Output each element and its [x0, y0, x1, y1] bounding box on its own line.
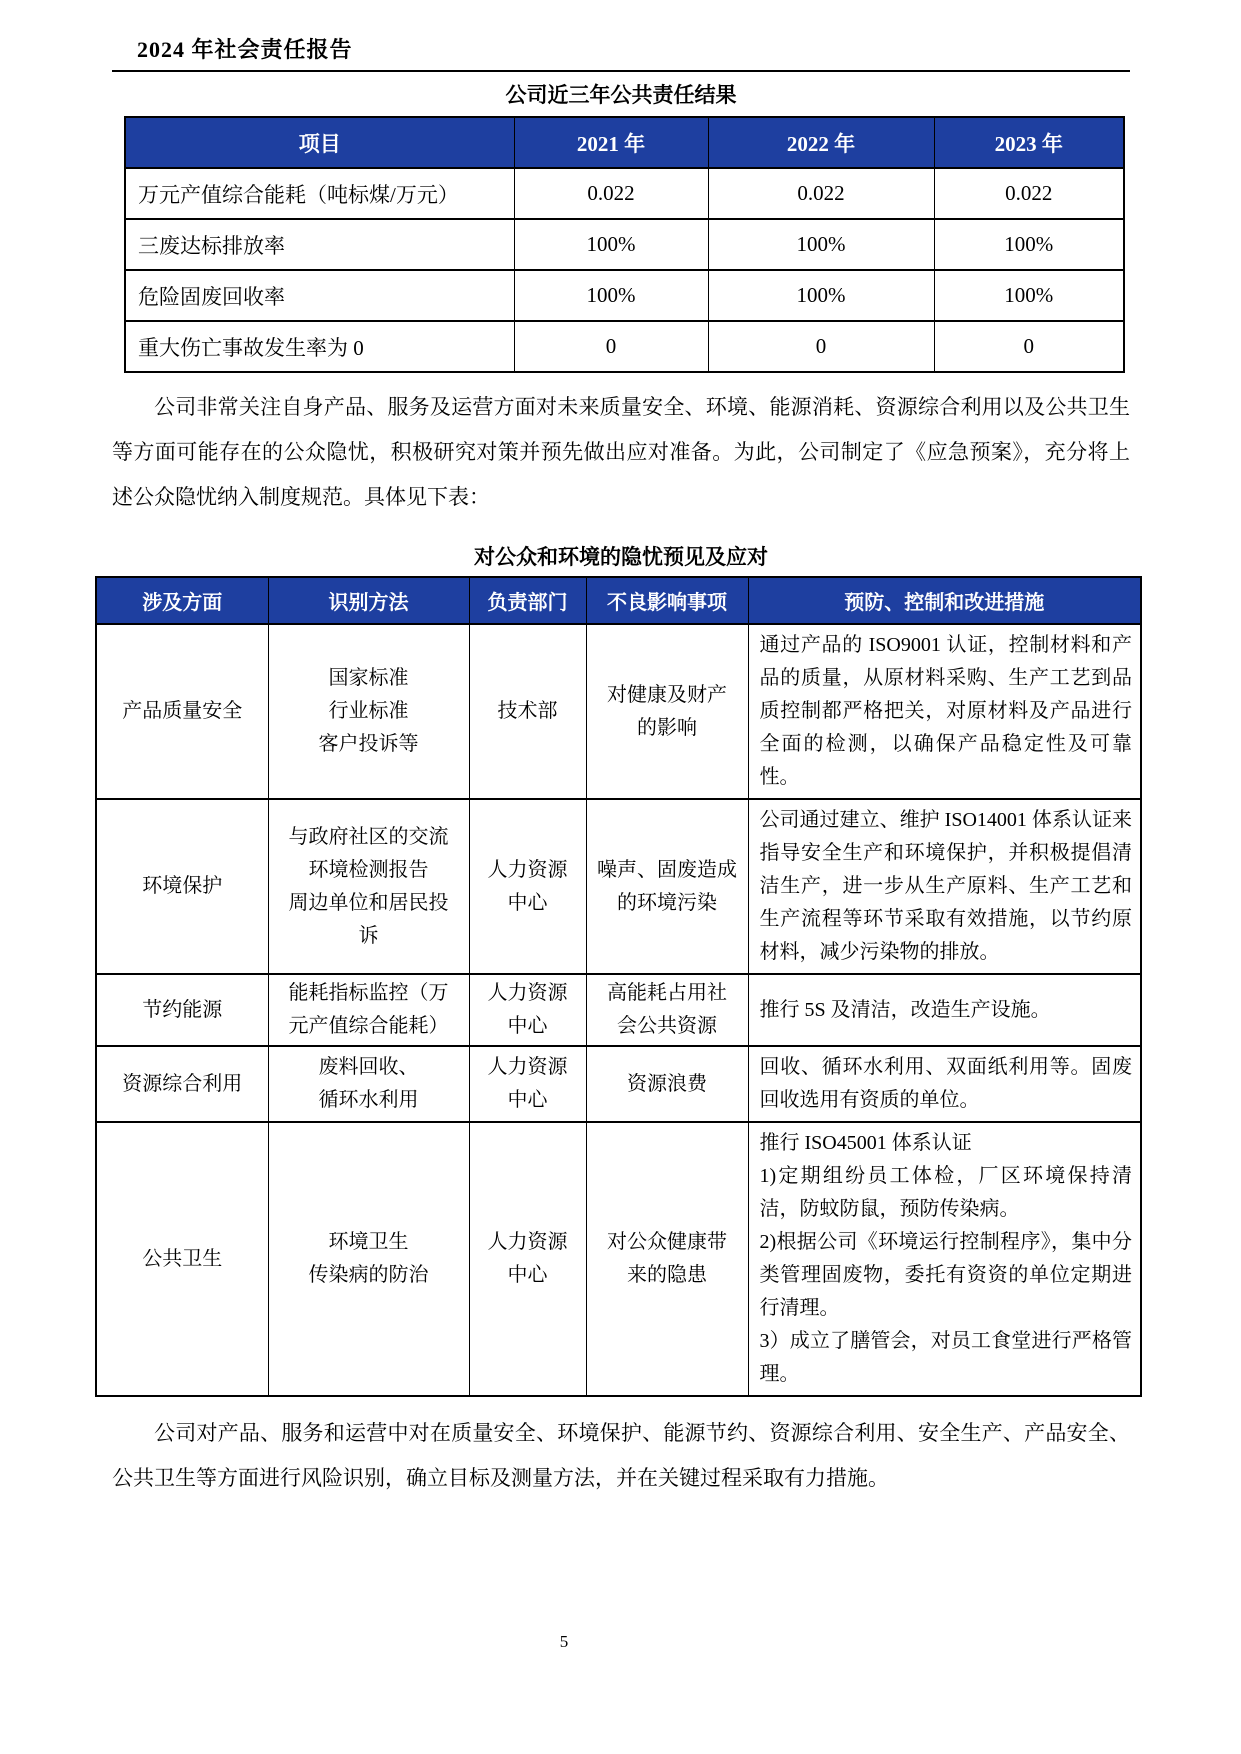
table1-cell: 100% [514, 270, 708, 321]
table1-cell: 0 [708, 321, 934, 372]
table1-row: 三废达标排放率 100% 100% 100% [125, 219, 1124, 270]
table1-cell: 0 [514, 321, 708, 372]
table1-row: 重大伤亡事故发生率为 0 0 0 0 [125, 321, 1124, 372]
table2-row-product-quality: 产品质量安全 国家标准 行业标准 客户投诉等 技术部 对健康及财产 的影响 通过… [96, 624, 1141, 799]
table2-cell-method: 能耗指标监控（万 元产值综合能耗） [268, 974, 469, 1046]
table2-row-energy-saving: 节约能源 能耗指标监控（万 元产值综合能耗） 人力资源 中心 高能耗占用社 会公… [96, 974, 1141, 1046]
table1-row: 危险固废回收率 100% 100% 100% [125, 270, 1124, 321]
table1-cell: 0.022 [708, 168, 934, 219]
table1-row: 万元产值综合能耗（吨标煤/万元） 0.022 0.022 0.022 [125, 168, 1124, 219]
table2-cell-aspect: 环境保护 [96, 799, 268, 974]
table2-header-row: 涉及方面 识别方法 负责部门 不良影响事项 预防、控制和改进措施 [96, 577, 1141, 624]
table1-cell: 三废达标排放率 [125, 219, 514, 270]
table1-cell: 100% [934, 219, 1124, 270]
table1-cell: 100% [934, 270, 1124, 321]
table2-title: 对公众和环境的隐忧预见及应对 [112, 544, 1130, 570]
table2-cell-aspect: 资源综合利用 [96, 1046, 268, 1122]
table1-header-item: 项目 [125, 117, 514, 168]
table1-header-2022: 2022 年 [708, 117, 934, 168]
table2-cell-department: 人力资源 中心 [469, 974, 586, 1046]
table2-cell-method: 废料回收、 循环水利用 [268, 1046, 469, 1122]
table1-cell: 100% [708, 270, 934, 321]
report-page: 2024 年社会责任报告 公司近三年公共责任结果 项目 2021 年 2022 … [0, 0, 1241, 1754]
table2-cell-department: 人力资源 中心 [469, 1046, 586, 1122]
table2-header-impact: 不良影响事项 [586, 577, 748, 624]
paragraph-public-concerns: 公司非常关注自身产品、服务及运营方面对未来质量安全、环境、能源消耗、资源综合利用… [112, 385, 1130, 520]
table1-cell: 重大伤亡事故发生率为 0 [125, 321, 514, 372]
header-divider [112, 70, 1130, 72]
table2-cell-aspect: 公共卫生 [96, 1122, 268, 1396]
table1-cell: 万元产值综合能耗（吨标煤/万元） [125, 168, 514, 219]
table2-cell-impact: 对公众健康带 来的隐患 [586, 1122, 748, 1396]
table2-header-aspect: 涉及方面 [96, 577, 268, 624]
table1-cell: 0.022 [514, 168, 708, 219]
table2-header-department: 负责部门 [469, 577, 586, 624]
table2-cell-measures: 回收、循环水利用、双面纸利用等。固废回收选用有资质的单位。 [748, 1046, 1141, 1122]
table2-header-measures: 预防、控制和改进措施 [748, 577, 1141, 624]
table2-cell-department: 人力资源 中心 [469, 1122, 586, 1396]
table2-cell-department: 技术部 [469, 624, 586, 799]
table2-cell-method: 环境卫生 传染病的防治 [268, 1122, 469, 1396]
table2-cell-aspect: 节约能源 [96, 974, 268, 1046]
table2-header-method: 识别方法 [268, 577, 469, 624]
table2-cell-impact: 对健康及财产 的影响 [586, 624, 748, 799]
table2-row-environment: 环境保护 与政府社区的交流 环境检测报告 周边单位和居民投 诉 人力资源 中心 … [96, 799, 1141, 974]
table2-cell-measures: 推行 ISO45001 体系认证 1)定期组纷员工体检，厂区环境保持清洁，防蚊防… [748, 1122, 1141, 1396]
table1-cell: 100% [514, 219, 708, 270]
paragraph-risk-identification: 公司对产品、服务和运营中对在质量安全、环境保护、能源节约、资源综合利用、安全生产… [112, 1411, 1130, 1501]
table1-header-2023: 2023 年 [934, 117, 1124, 168]
table1-cell: 危险固废回收率 [125, 270, 514, 321]
table2-cell-department: 人力资源 中心 [469, 799, 586, 974]
table2-cell-method: 与政府社区的交流 环境检测报告 周边单位和居民投 诉 [268, 799, 469, 974]
concern-foresight-response-table: 涉及方面 识别方法 负责部门 不良影响事项 预防、控制和改进措施 产品质量安全 … [95, 576, 1142, 1397]
table2-cell-measures: 通过产品的 ISO9001 认证，控制材料和产品的质量，从原材料采购、生产工艺到… [748, 624, 1141, 799]
table2-row-resource-utilization: 资源综合利用 废料回收、 循环水利用 人力资源 中心 资源浪费 回收、循环水利用… [96, 1046, 1141, 1122]
table2-cell-measures: 公司通过建立、维护 ISO14001 体系认证来指导安全生产和环境保护，并积极提… [748, 799, 1141, 974]
table2-row-public-health: 公共卫生 环境卫生 传染病的防治 人力资源 中心 对公众健康带 来的隐患 推行 … [96, 1122, 1141, 1396]
page-content: 2024 年社会责任报告 公司近三年公共责任结果 项目 2021 年 2022 … [0, 0, 1241, 1501]
table2-cell-impact: 资源浪费 [586, 1046, 748, 1122]
table1-cell: 0 [934, 321, 1124, 372]
table1-cell: 0.022 [934, 168, 1124, 219]
table2-cell-aspect: 产品质量安全 [96, 624, 268, 799]
table2-cell-measures: 推行 5S 及清洁，改造生产设施。 [748, 974, 1141, 1046]
table2-cell-impact: 高能耗占用社 会公共资源 [586, 974, 748, 1046]
table1-title: 公司近三年公共责任结果 [112, 82, 1130, 108]
document-header-title: 2024 年社会责任报告 [112, 36, 1130, 64]
table1-header-2021: 2021 年 [514, 117, 708, 168]
page-number: 5 [0, 1632, 1128, 1652]
public-responsibility-results-table: 项目 2021 年 2022 年 2023 年 万元产值综合能耗（吨标煤/万元）… [124, 116, 1125, 373]
table2-cell-method: 国家标准 行业标准 客户投诉等 [268, 624, 469, 799]
table1-header-row: 项目 2021 年 2022 年 2023 年 [125, 117, 1124, 168]
table2-cell-impact: 噪声、固废造成 的环境污染 [586, 799, 748, 974]
table1-cell: 100% [708, 219, 934, 270]
